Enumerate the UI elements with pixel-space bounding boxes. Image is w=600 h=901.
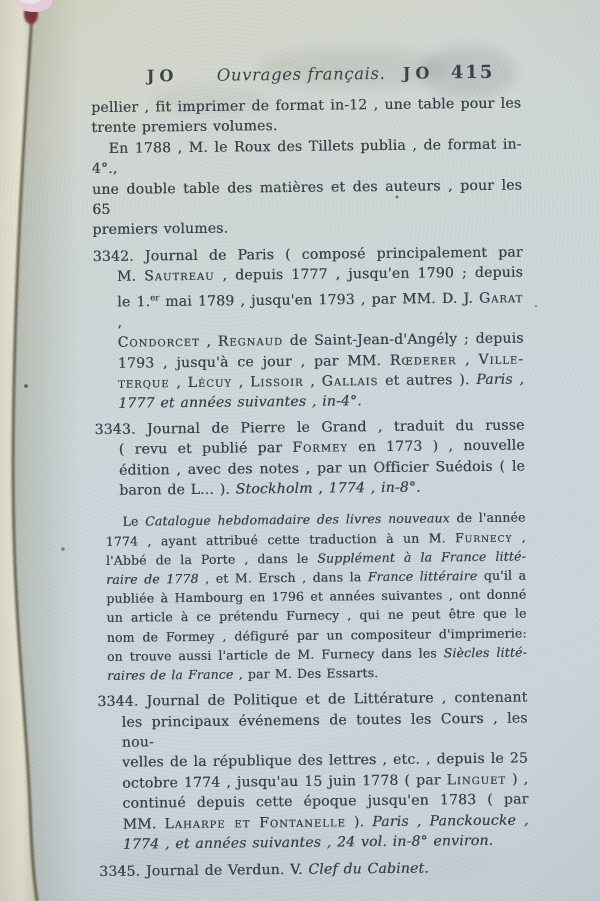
- italic-title: 1777 et années suivantes , in-4°.: [118, 394, 362, 413]
- text-segment: ).: [346, 814, 373, 830]
- note-furnecy: Le Catalogue hebdomadaire des livres nou…: [105, 508, 527, 685]
- small-caps-name: Ville-: [478, 351, 524, 367]
- text-line: 3345. Journal de Verdun. V. Clef du Cabi…: [123, 858, 529, 883]
- page-header: JO Ouvrages français. JO 415: [91, 60, 521, 91]
- italic-title: Catalogue hebdomadaire des livres nouvea…: [145, 511, 450, 529]
- text-segment: MM.: [123, 816, 165, 832]
- text-segment: ,: [512, 529, 526, 544]
- text-line: raires de la France , par M. Des Essarts…: [107, 661, 527, 685]
- text-segment: , par M. Des Essarts.: [233, 665, 378, 682]
- small-caps-name: Laharpe et Fontanelle: [164, 814, 345, 832]
- small-caps-name: Regnaud: [218, 333, 283, 350]
- text-segment: Le: [122, 514, 145, 529]
- running-head-right: JO: [403, 60, 435, 86]
- italic-title: Siècles litté-: [444, 644, 527, 660]
- text-segment: ,: [303, 374, 321, 390]
- text-segment: qu'il a: [477, 567, 526, 583]
- text-segment: publiée à Hambourg en 1796 et années sui…: [106, 587, 526, 606]
- text-segment: velles de la république des lettres , et…: [122, 751, 528, 771]
- text-line: une double table des matières et des aut…: [92, 175, 522, 220]
- text-segment: 3344. Journal de Politique et de Littéra…: [97, 690, 527, 711]
- text-segment: ( revu et publié par: [119, 440, 293, 458]
- text-segment: et autres ).: [378, 372, 476, 389]
- small-caps-name: Formey: [292, 440, 348, 457]
- text-segment: en 1773 ) , nouvelle: [348, 438, 525, 456]
- text-segment: un article à ce prétendu Furnecy , qui n…: [106, 606, 526, 625]
- text-segment: mai 1789 , jusqu'en 1793 , par MM. D. J.: [159, 290, 479, 309]
- text-segment: on trouve aussi l'article de M. Furnecy …: [107, 645, 444, 664]
- page-number: 415: [451, 60, 495, 86]
- small-caps-name: Garat: [479, 290, 523, 306]
- small-caps-name: Lissoir: [250, 374, 304, 391]
- small-caps-name: Sautreau: [144, 268, 215, 285]
- italic-title: raires de la France: [107, 667, 233, 683]
- text-segment: ,: [232, 374, 250, 390]
- italic-title: Paris ,: [476, 371, 524, 388]
- text-segment: baron de L... ).: [119, 481, 236, 498]
- italic-title: raire de 1778: [106, 571, 199, 587]
- entry-3342: 3342. Journal de Paris ( composé princip…: [93, 242, 525, 414]
- text-segment: ,: [117, 314, 122, 330]
- small-caps-name: terque: [118, 375, 170, 392]
- text-segment: le 1.: [117, 294, 150, 310]
- entry-3344: 3344. Journal de Politique et de Littéra…: [97, 688, 529, 856]
- text-segment: M.: [117, 269, 144, 285]
- entry-3343: 3343. Journal de Pierre le Grand , tradu…: [94, 415, 525, 501]
- text-segment: de l'année: [450, 510, 526, 526]
- text-segment: , depuis 1777 , jusqu'en 1790 ; depuis: [214, 265, 523, 284]
- text-segment: une double table des matières et des aut…: [92, 177, 522, 218]
- small-caps-name: Furnecy: [455, 529, 512, 545]
- text-segment: 3342. Journal de Paris ( composé princip…: [93, 244, 523, 265]
- text-segment: édition , avec des notes , par un Offici…: [119, 458, 525, 478]
- text-segment: premiers volumes.: [92, 221, 228, 238]
- small-caps-name: Rœderer: [390, 352, 457, 369]
- running-head-title: Ouvrages français.: [217, 61, 386, 89]
- text-line: les principaux événemens de toutes les C…: [122, 708, 528, 753]
- small-caps-name: Linguet: [446, 772, 506, 789]
- italic-title: Clef du Cabinet.: [308, 861, 429, 878]
- text-segment: 3343. Journal de Pierre le Grand , tradu…: [94, 417, 524, 438]
- text-line: 1774 , et années suivantes , 24 vol. in-…: [123, 831, 529, 856]
- text-line: le 1.er mai 1789 , jusqu'en 1793 , par M…: [117, 283, 523, 333]
- book-page-photo: JO Ouvrages français. JO 415 pellier , f…: [0, 0, 600, 901]
- text-segment: pellier , fit imprimer de format in-12 ,…: [91, 96, 521, 117]
- text-segment: 3345. Journal de Verdun. V.: [99, 862, 308, 880]
- text-segment: , et M. Ersch , dans la: [198, 569, 367, 586]
- text-segment: ,: [169, 375, 187, 391]
- text-segment: nom de Formey , défiguré par un composit…: [107, 625, 527, 644]
- text-segment: octobre 1774 , jusqu'au 15 juin 1778 ( p…: [122, 772, 446, 791]
- text-segment: ) ,: [506, 771, 528, 787]
- italic-title: 1774 , in-8°.: [328, 480, 420, 497]
- italic-title: Paris , Panckoucke ,: [372, 812, 529, 830]
- text-line: premiers volumes.: [92, 216, 522, 241]
- text-line: baron de L... ). Stockholm , 1774 , in-8…: [119, 476, 525, 501]
- text-segment: ,: [456, 352, 478, 368]
- small-caps-name: Lécuy: [188, 374, 232, 390]
- italic-title: Stockholm: [236, 481, 313, 498]
- text-line: En 1788 , M. le Roux des Tillets publia …: [91, 134, 521, 179]
- running-head-left: JO: [147, 63, 179, 89]
- text-segment: de Saint-Jean-d'Angély ; depuis: [283, 331, 524, 350]
- text-segment: 1774 , ayant attribué cette traduction à…: [106, 530, 455, 549]
- text-segment: er: [150, 292, 159, 302]
- text-segment: l'Abbé de la Porte , dans le: [106, 550, 318, 567]
- italic-title: France littéraire: [368, 568, 478, 584]
- paragraph-continuation: pellier , fit imprimer de format in-12 ,…: [91, 94, 522, 241]
- text-segment: les principaux événemens de toutes les C…: [122, 710, 528, 751]
- text-line: 1777 et années suivantes , in-4°.: [118, 390, 524, 415]
- text-segment: 1793 , jusqu'à ce jour , par MM.: [118, 352, 390, 371]
- italic-title: 1774 , et années suivantes , 24 vol. in-…: [123, 833, 494, 853]
- page-text-column: JO Ouvrages français. JO 415 pellier , f…: [91, 60, 530, 883]
- text-segment: continué depuis cette époque jusqu'en 17…: [122, 792, 528, 812]
- small-caps-name: Condorcet: [118, 334, 200, 351]
- text-segment: ,: [200, 334, 218, 350]
- text-segment: trente premiers volumes.: [91, 118, 277, 136]
- text-segment: ,: [313, 481, 329, 497]
- text-segment: En 1788 , M. le Roux des Tillets publia …: [92, 136, 522, 177]
- small-caps-name: Gallais: [322, 373, 379, 390]
- italic-title: Supplément à la France litté-: [317, 548, 526, 565]
- text-line: édition , avec des notes , par un Offici…: [119, 456, 525, 481]
